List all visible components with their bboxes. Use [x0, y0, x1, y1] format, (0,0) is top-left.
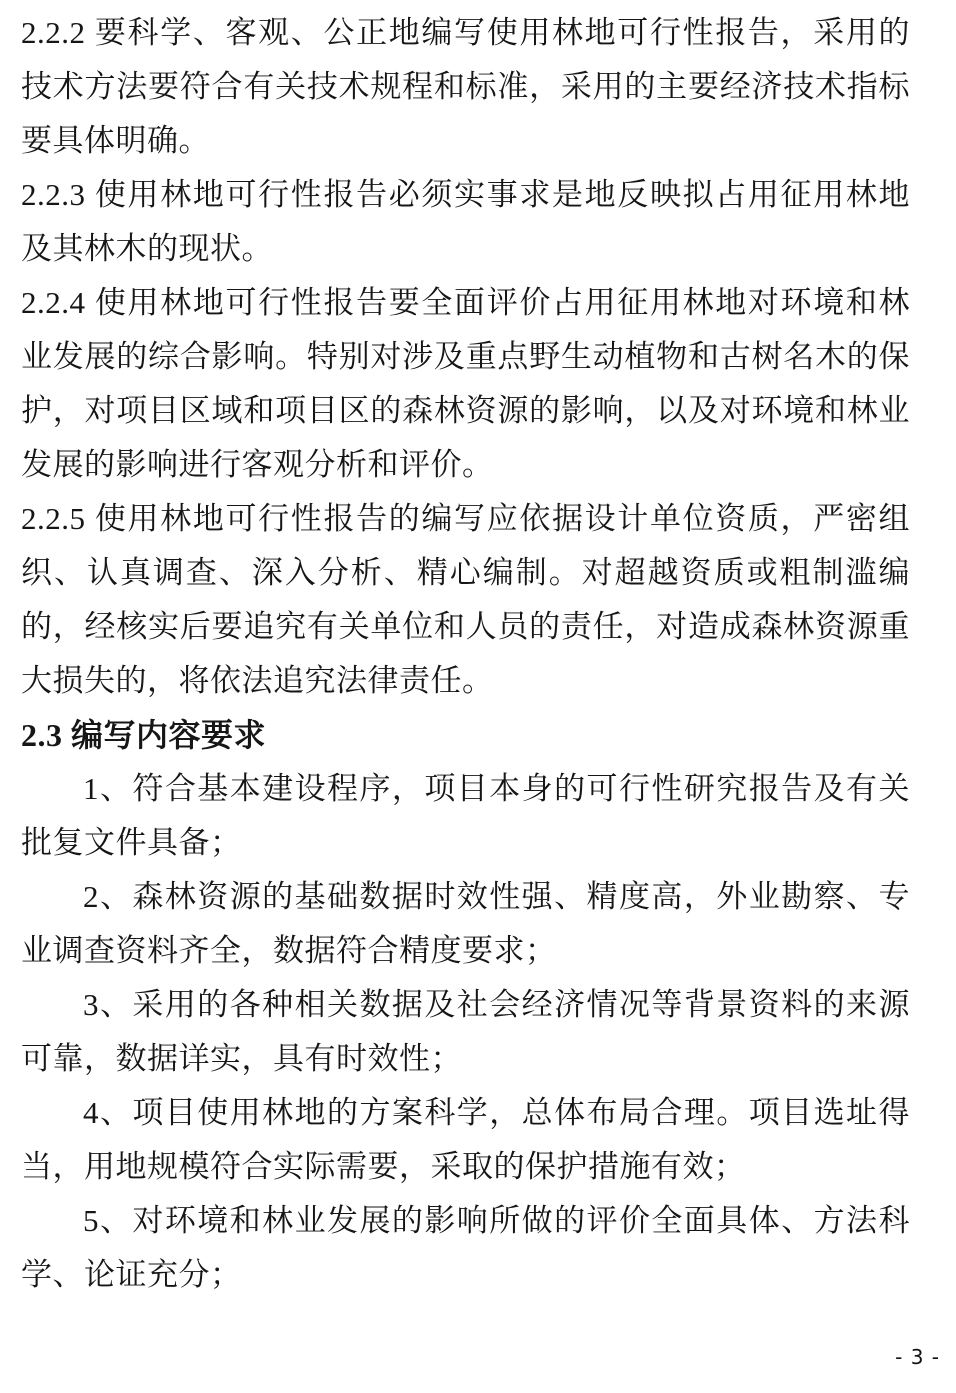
paragraph-2-2-4: 2.2.4 使用林地可行性报告要全面评价占用征用林地对环境和林业发展的综合影响。…: [21, 276, 910, 492]
paragraph-2-2-3: 2.2.3 使用林地可行性报告必须实事求是地反映拟占用征用林地及其林木的现状。: [21, 168, 910, 276]
list-item-5: 5、对环境和林业发展的影响所做的评价全面具体、方法科学、论证充分；: [21, 1194, 910, 1302]
document-body: 2.2.2 要科学、客观、公正地编写使用林地可行性报告，采用的技术方法要符合有关…: [21, 6, 910, 1302]
paragraph-2-2-2: 2.2.2 要科学、客观、公正地编写使用林地可行性报告，采用的技术方法要符合有关…: [21, 6, 910, 168]
section-heading-2-3: 2.3 编写内容要求: [21, 708, 910, 762]
list-item-1: 1、符合基本建设程序，项目本身的可行性研究报告及有关批复文件具备；: [21, 762, 910, 870]
document-page: 2.2.2 要科学、客观、公正地编写使用林地可行性报告，采用的技术方法要符合有关…: [0, 0, 956, 1393]
paragraph-2-2-5: 2.2.5 使用林地可行性报告的编写应依据设计单位资质，严密组织、认真调查、深入…: [21, 492, 910, 708]
list-item-4: 4、项目使用林地的方案科学，总体布局合理。项目选址得当，用地规模符合实际需要，采…: [21, 1086, 910, 1194]
list-item-2: 2、森林资源的基础数据时效性强、精度高，外业勘察、专业调查资料齐全，数据符合精度…: [21, 870, 910, 978]
list-item-3: 3、采用的各种相关数据及社会经济情况等背景资料的来源可靠，数据详实，具有时效性；: [21, 978, 910, 1086]
page-number: - 3 -: [895, 1345, 940, 1369]
